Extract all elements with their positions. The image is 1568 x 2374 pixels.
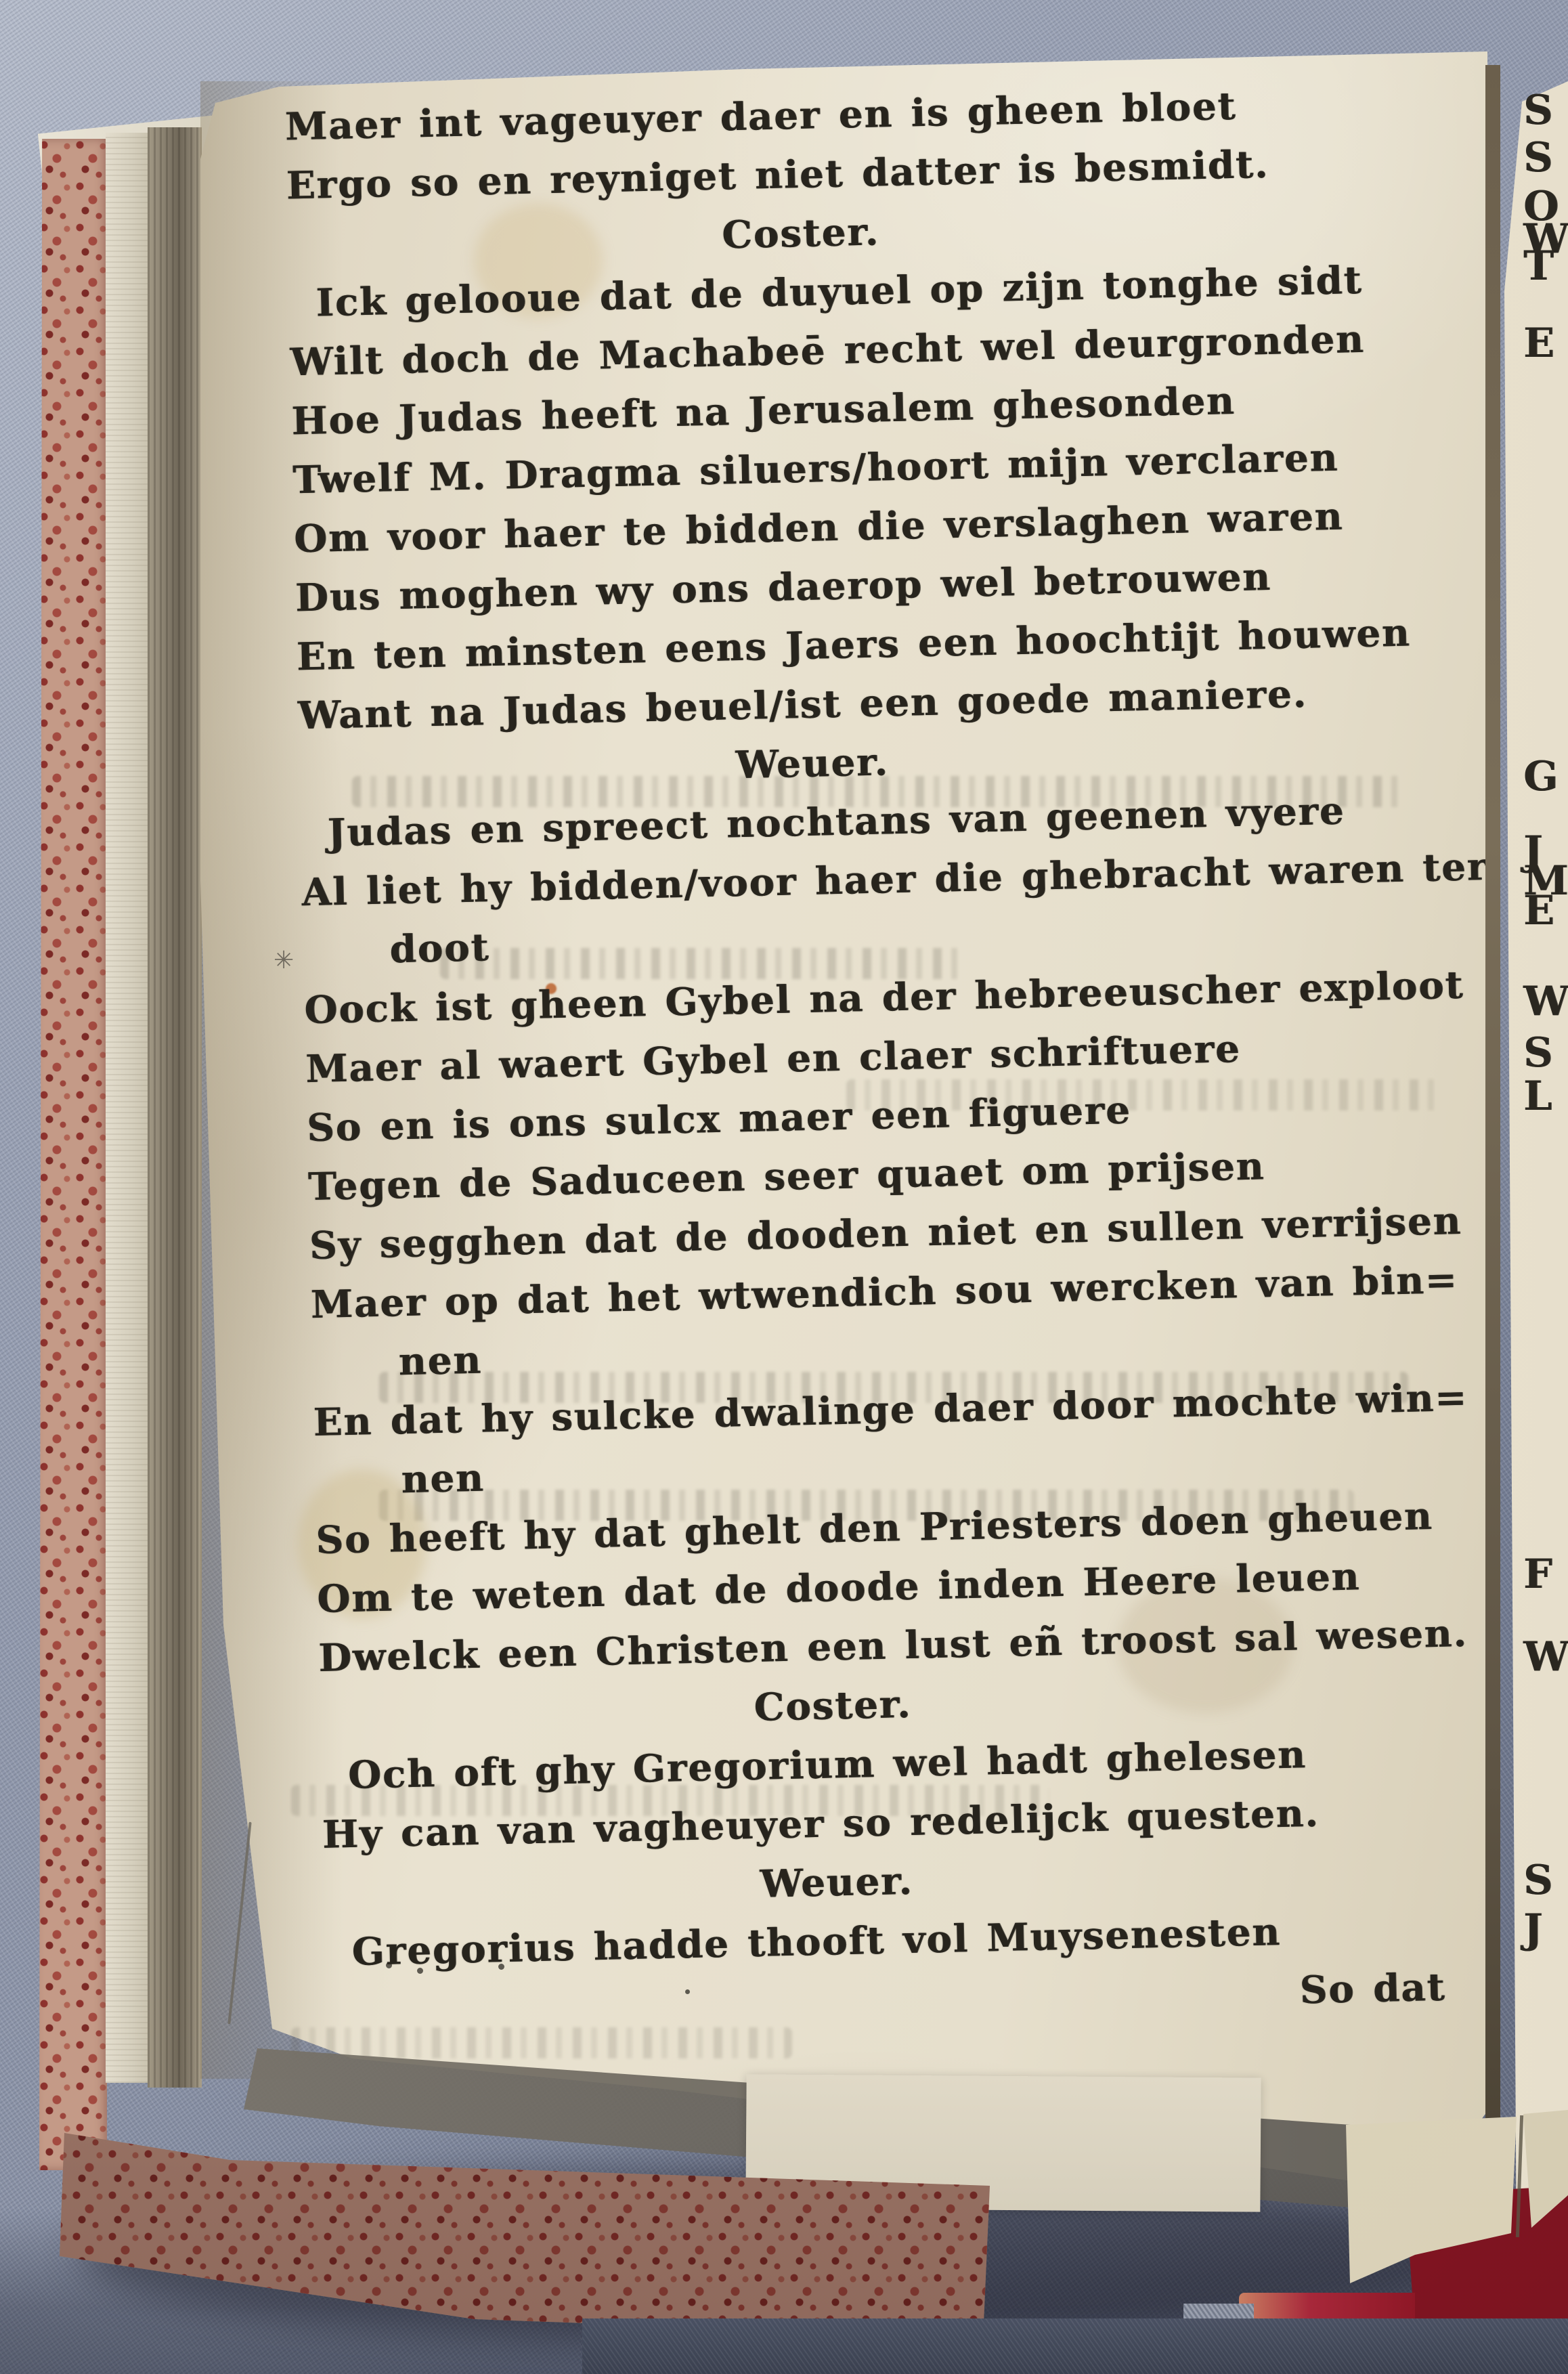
marbled-cover-left xyxy=(39,139,110,2170)
spine-gutter-gap xyxy=(1485,65,1500,2259)
letter-fragment: E xyxy=(1523,320,1554,367)
book-photo-scene: Maer int vageuyer daer en is gheen bloet… xyxy=(0,0,1568,2374)
fabric-dark-bottom xyxy=(582,2318,1568,2374)
letter-fragment: E xyxy=(1523,887,1554,934)
page-fore-edges xyxy=(106,133,150,2083)
letter-fragment: S xyxy=(1523,87,1552,134)
letter-fragment: S xyxy=(1523,134,1552,181)
letter-fragment: T xyxy=(1523,242,1554,290)
letter-fragment: S xyxy=(1523,1857,1552,1904)
letter-fragment: W xyxy=(1523,1633,1568,1681)
letter-fragment: S xyxy=(1523,1029,1552,1077)
letter-fragment: G xyxy=(1523,753,1558,800)
gutter-page-edges xyxy=(148,127,202,2088)
letter-fragment: F xyxy=(1523,1551,1552,1598)
letter-fragment: L xyxy=(1523,1073,1552,1120)
letter-fragment: W xyxy=(1523,978,1568,1025)
printed-text-block: Maer int vageuyer daer en is gheen bloet… xyxy=(269,73,1456,2042)
letter-fragment: J xyxy=(1523,1905,1542,1953)
margin-mark: ✳ xyxy=(274,947,294,974)
